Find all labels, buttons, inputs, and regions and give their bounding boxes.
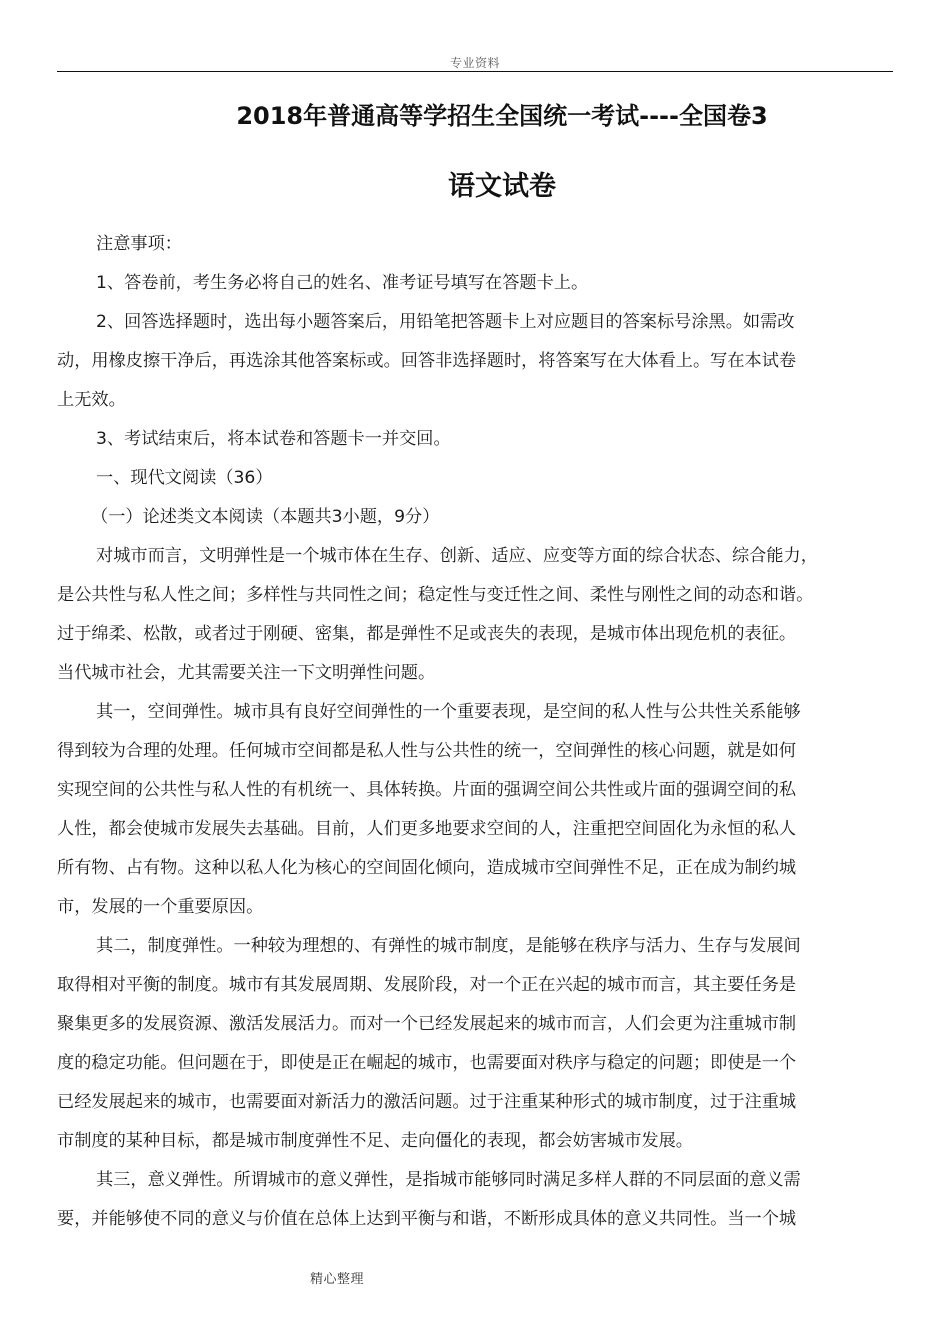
- paragraph-line: 过于绵柔、松散，或者过于刚硬、密集，都是弹性不足或丧失的表现，是城市体出现危机的…: [57, 615, 907, 654]
- paragraph-3: 其二，制度弹性。一种较为理想的、有弹性的城市制度，是能够在秩序与活力、生存与发展…: [57, 927, 907, 1161]
- notice-heading: 注意事项：: [57, 225, 907, 264]
- notice-section: 注意事项： 1、答卷前，考生务必将自己的姓名、准考证号填写在答题卡上。 2、回答…: [57, 225, 907, 459]
- document-subtitle: 语文试卷: [57, 164, 947, 203]
- paragraph-line: 聚集更多的发展资源、激活发展活力。而对一个已经发展起来的城市而言，人们会更为注重…: [57, 1005, 907, 1044]
- section-subheading: （一）论述类文本阅读（本题共3小题，9分）: [57, 498, 907, 537]
- paragraph-line: 其三，意义弹性。所谓城市的意义弹性，是指城市能够同时满足多样人群的不同层面的意义…: [57, 1161, 907, 1200]
- paragraph-line: 度的稳定功能。但问题在于，即使是正在崛起的城市，也需要面对秩序与稳定的问题；即使…: [57, 1044, 907, 1083]
- page-footer: 精心整理: [310, 1268, 364, 1287]
- paragraph-line: 人性，都会使城市发展失去基础。目前，人们更多地要求空间的人，注重把空间固化为永恒…: [57, 810, 907, 849]
- page-header: 专业资料: [57, 52, 893, 72]
- paragraph-line: 要，并能够使不同的意义与价值在总体上达到平衡与和谐，不断形成具体的意义共同性。当…: [57, 1200, 907, 1239]
- paragraph-line: 市，发展的一个重要原因。: [57, 888, 907, 927]
- paragraph-line: 当代城市社会，尤其需要关注一下文明弹性问题。: [57, 654, 907, 693]
- section-heading: 一、现代文阅读（36）: [57, 459, 907, 498]
- notice-item-3: 3、考试结束后，将本试卷和答题卡一并交回。: [57, 420, 907, 459]
- paragraph-line: 其一，空间弹性。城市具有良好空间弹性的一个重要表现，是空间的私人性与公共性关系能…: [57, 693, 907, 732]
- document-body: 注意事项： 1、答卷前，考生务必将自己的姓名、准考证号填写在答题卡上。 2、回答…: [57, 225, 907, 1239]
- paragraph-2: 其一，空间弹性。城市具有良好空间弹性的一个重要表现，是空间的私人性与公共性关系能…: [57, 693, 907, 927]
- paragraph-line: 所有物、占有物。这种以私人化为核心的空间固化倾向，造成城市空间弹性不足，正在成为…: [57, 849, 907, 888]
- paragraph-line: 对城市而言，文明弹性是一个城市体在生存、创新、适应、应变等方面的综合状态、综合能…: [57, 537, 907, 576]
- paragraph-line: 市制度的某种目标，都是城市制度弹性不足、走向僵化的表现，都会妨害城市发展。: [57, 1122, 907, 1161]
- header-divider: [57, 71, 893, 72]
- paragraph-line: 取得相对平衡的制度。城市有其发展周期、发展阶段，对一个正在兴起的城市而言，其主要…: [57, 966, 907, 1005]
- notice-item-2-line-2: 动，用橡皮擦干净后，再选涂其他答案标或。回答非选择题时，将答案写在大体看上。写在…: [57, 342, 907, 381]
- paragraph-line: 得到较为合理的处理。任何城市空间都是私人性与公共性的统一，空间弹性的核心问题，就…: [57, 732, 907, 771]
- document-title: 2018年普通高等学招生全国统一考试----全国卷3: [57, 96, 947, 131]
- notice-item-2-line-1: 2、回答选择题时，选出每小题答案后，用铅笔把答题卡上对应题目的答案标号涂黑。如需…: [57, 303, 907, 342]
- paragraph-line: 实现空间的公共性与私人性的有机统一、具体转换。片面的强调空间公共性或片面的强调空…: [57, 771, 907, 810]
- header-text: 专业资料: [57, 54, 893, 71]
- paragraph-4: 其三，意义弹性。所谓城市的意义弹性，是指城市能够同时满足多样人群的不同层面的意义…: [57, 1161, 907, 1239]
- paragraph-line: 是公共性与私人性之间；多样性与共同性之间；稳定性与变迁性之间、柔性与刚性之间的动…: [57, 576, 907, 615]
- paragraph-1: 对城市而言，文明弹性是一个城市体在生存、创新、适应、应变等方面的综合状态、综合能…: [57, 537, 907, 693]
- paragraph-line: 已经发展起来的城市，也需要面对新活力的激活问题。过于注重某种形式的城市制度，过于…: [57, 1083, 907, 1122]
- notice-item-1: 1、答卷前，考生务必将自己的姓名、准考证号填写在答题卡上。: [57, 264, 907, 303]
- paragraph-line: 其二，制度弹性。一种较为理想的、有弹性的城市制度，是能够在秩序与活力、生存与发展…: [57, 927, 907, 966]
- notice-item-2-line-3: 上无效。: [57, 381, 907, 420]
